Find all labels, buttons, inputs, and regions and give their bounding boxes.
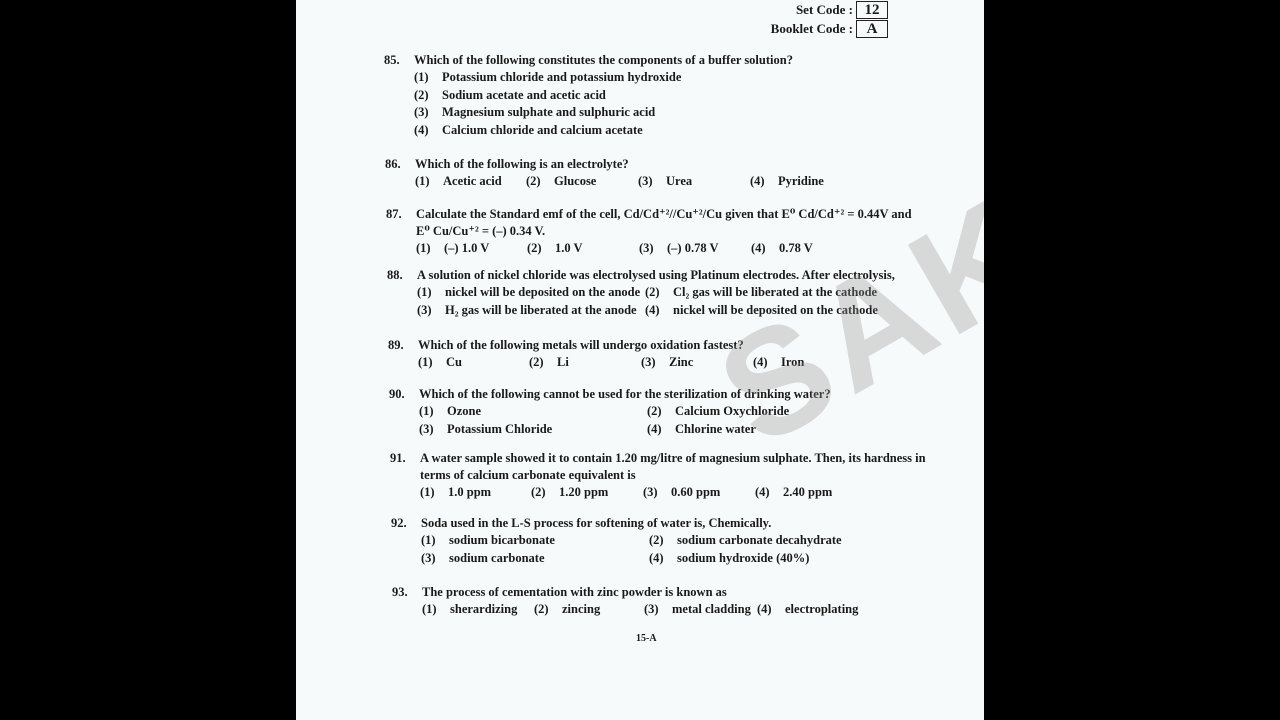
option-3: (3)Potassium Chloride — [419, 421, 647, 438]
options-list: (1)nickel will be deposited on the anode… — [417, 284, 895, 319]
option-1: (1)1.0 ppm — [420, 484, 531, 501]
options-list: (1)Cu (2)Li (3)Zinc (4)Iron — [418, 354, 804, 372]
question-93: 93. The process of cementation with zinc… — [392, 584, 858, 619]
code-block: Set Code : 12 Booklet Code : A — [771, 0, 888, 38]
question-92: 92. Soda used in the L-S process for sof… — [391, 515, 877, 567]
question-text: A water sample showed it to contain 1.20… — [420, 450, 926, 467]
option-4: (4)0.78 V — [751, 240, 813, 257]
option-2: (2)1.0 V — [527, 240, 639, 257]
question-number: 92. — [391, 515, 407, 532]
set-code-row: Set Code : 12 — [771, 0, 888, 19]
question-number: 89. — [388, 337, 404, 354]
question-90: 90. Which of the following cannot be use… — [389, 386, 875, 438]
option-4: (4)2.40 ppm — [755, 484, 832, 501]
option-1: (1)Ozone — [419, 403, 647, 420]
question-87: 87. Calculate the Standard emf of the ce… — [386, 206, 912, 258]
question-text: Which of the following is an electrolyte… — [415, 156, 824, 173]
options-list: (1)sherardizing (2)zincing (3)metal clad… — [422, 601, 858, 619]
exam-page: Set Code : 12 Booklet Code : A 85. Which… — [296, 0, 984, 720]
option-3: (3)Magnesium sulphate and sulphuric acid — [414, 104, 655, 121]
option-3: (3)metal cladding — [644, 601, 757, 618]
option-4: (4)electroplating — [757, 601, 858, 618]
option-2: (2)Cl₂ gas will be liberated at the cath… — [645, 284, 873, 301]
question-text: The process of cementation with zinc pow… — [422, 584, 858, 601]
options-list: (1)Ozone (2)Calcium Oxychloride (3)Potas… — [419, 403, 875, 438]
question-text: Calculate the Standard emf of the cell, … — [416, 206, 912, 223]
question-text-line2: E⁰ Cu/Cu⁺² = (–) 0.34 V. — [416, 223, 912, 240]
option-4: (4)Chlorine water — [647, 421, 875, 438]
option-3: (3)Zinc — [641, 354, 753, 371]
option-2: (2)Sodium acetate and acetic acid — [414, 87, 606, 104]
option-1: (1)Potassium chloride and potassium hydr… — [414, 69, 681, 86]
set-code-label: Set Code : — [796, 2, 853, 18]
option-3: (3)sodium carbonate — [421, 550, 649, 567]
question-number: 87. — [386, 206, 402, 223]
option-4: (4)Iron — [753, 354, 804, 371]
question-text: Which of the following constitutes the c… — [414, 52, 793, 69]
question-86: 86. Which of the following is an electro… — [385, 156, 824, 191]
option-3: (3)0.60 ppm — [643, 484, 755, 501]
option-1: (1)(–) 1.0 V — [416, 240, 527, 257]
option-4: (4)Calcium chloride and calcium acetate — [414, 122, 643, 139]
option-1: (1)Cu — [418, 354, 529, 371]
question-number: 91. — [390, 450, 406, 467]
option-3: (3)H₂ gas will be liberated at the anode — [417, 302, 645, 319]
option-2: (2)Li — [529, 354, 641, 371]
question-text: Which of the following metals will under… — [418, 337, 804, 354]
options-list: (1)(–) 1.0 V (2)1.0 V (3)(–) 0.78 V (4)0… — [416, 240, 912, 258]
question-85: 85. Which of the following constitutes t… — [384, 52, 793, 139]
options-list: (1)1.0 ppm (2)1.20 ppm (3)0.60 ppm (4)2.… — [420, 484, 926, 502]
question-number: 86. — [385, 156, 401, 173]
set-code-value: 12 — [856, 1, 888, 19]
option-3: (3)(–) 0.78 V — [639, 240, 751, 257]
question-text: Which of the following cannot be used fo… — [419, 386, 875, 403]
question-text-line2: terms of calcium carbonate equivalent is — [420, 467, 926, 484]
question-89: 89. Which of the following metals will u… — [388, 337, 804, 372]
option-1: (1)sherardizing — [422, 601, 534, 618]
option-2: (2)Glucose — [526, 173, 638, 190]
option-2: (2)zincing — [534, 601, 644, 618]
question-91: 91. A water sample showed it to contain … — [390, 450, 926, 502]
question-number: 88. — [387, 267, 403, 284]
option-1: (1)Acetic acid — [415, 173, 526, 190]
options-list: (1)sodium bicarbonate (2)sodium carbonat… — [421, 532, 877, 567]
option-2: (2)sodium carbonate decahydrate — [649, 532, 877, 549]
option-4: (4)Pyridine — [750, 173, 824, 190]
option-3: (3)Urea — [638, 173, 750, 190]
page-number: 15-A — [636, 633, 657, 644]
booklet-code-value: A — [856, 20, 888, 38]
question-text: Soda used in the L-S process for softeni… — [421, 515, 877, 532]
question-number: 85. — [384, 52, 400, 69]
option-1: (1)sodium bicarbonate — [421, 532, 649, 549]
option-4: (4)sodium hydroxide (40%) — [649, 550, 877, 567]
question-number: 90. — [389, 386, 405, 403]
option-1: (1)nickel will be deposited on the anode — [417, 284, 645, 301]
booklet-code-row: Booklet Code : A — [771, 19, 888, 38]
option-2: (2)Calcium Oxychloride — [647, 403, 875, 420]
booklet-code-label: Booklet Code : — [771, 21, 853, 37]
option-2: (2)1.20 ppm — [531, 484, 643, 501]
options-list: (1)Potassium chloride and potassium hydr… — [414, 69, 793, 139]
question-number: 93. — [392, 584, 408, 601]
option-4: (4)nickel will be deposited on the catho… — [645, 302, 873, 319]
question-text: A solution of nickel chloride was electr… — [417, 267, 895, 284]
question-88: 88. A solution of nickel chloride was el… — [387, 267, 895, 319]
options-list: (1)Acetic acid (2)Glucose (3)Urea (4)Pyr… — [415, 173, 824, 191]
